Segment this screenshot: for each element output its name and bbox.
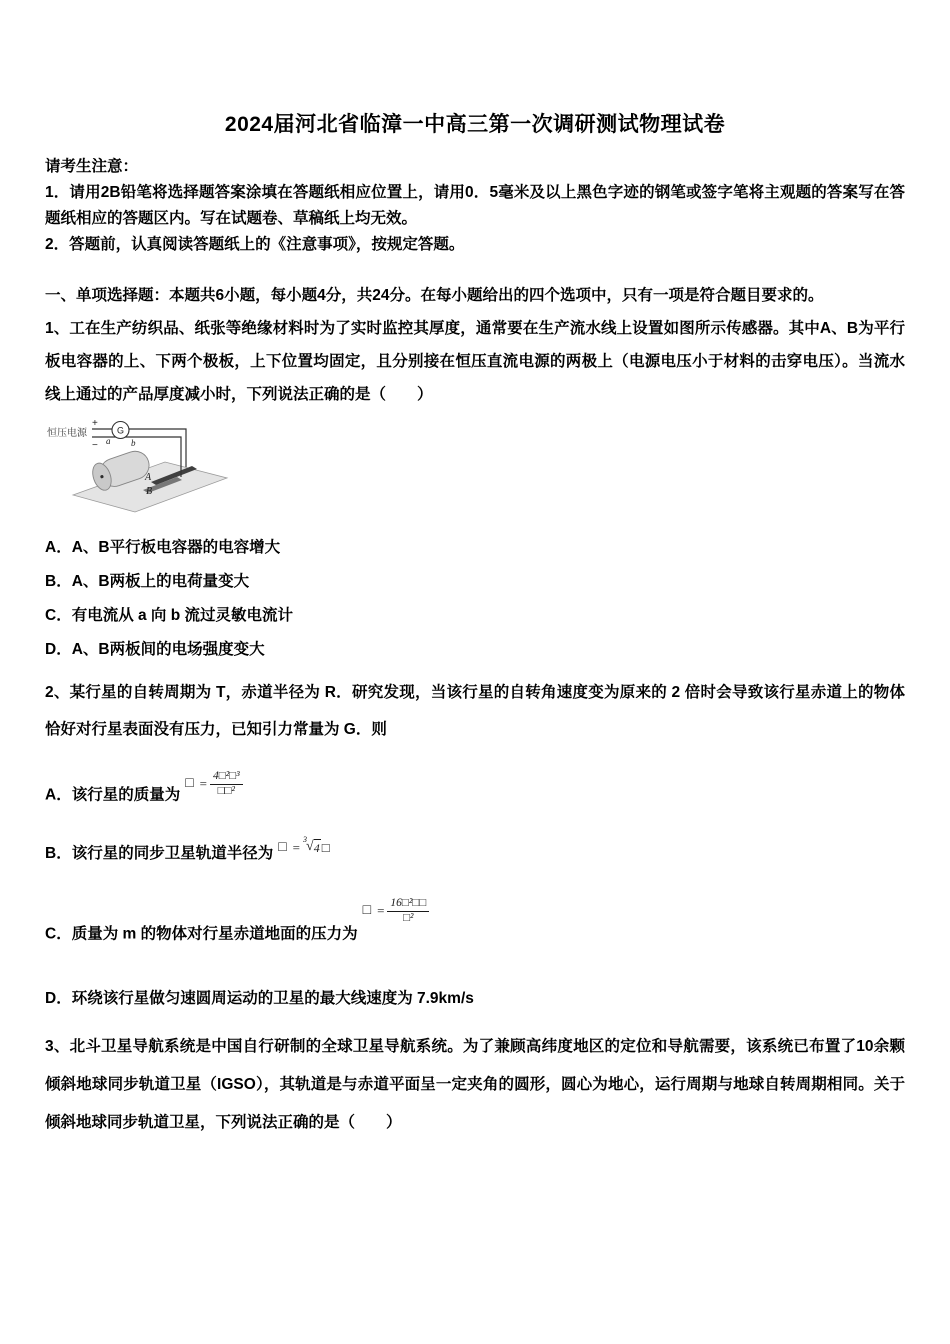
radical-index: 3: [303, 835, 307, 844]
plate-a-label: A: [144, 472, 152, 483]
radical-sign: √: [306, 839, 314, 855]
plate-b-label: B: [146, 486, 152, 497]
q2-option-a-label: A．该行星的质量为: [45, 786, 180, 803]
formula-c-fraction: 16□²□□□²: [387, 897, 429, 926]
formula-a-denominator: □□²: [218, 785, 235, 799]
minus-terminal: −: [92, 440, 98, 451]
q1-option-a: A．A、B平行板电容器的电容增大: [45, 538, 905, 558]
formula-b-suffix: □: [322, 840, 330, 856]
q2-option-c: C．质量为 m 的物体对行星赤道地面的压力为□=16□²□□□²: [45, 921, 905, 950]
formula-c-numerator: 16□²□□: [387, 897, 429, 912]
q2-option-a: A．该行星的质量为□=4□²□³□□²: [45, 782, 905, 811]
formula-a-equals: =: [200, 776, 207, 792]
formula-b-radical: 3√4: [303, 839, 321, 856]
plus-terminal: +: [92, 418, 98, 429]
question-1-options: A．A、B平行板电容器的电容增大 B．A、B两板上的电荷量变大 C．有电流从 a…: [45, 538, 905, 660]
q2-option-b-label: B．该行星的同步卫星轨道半径为: [45, 845, 273, 862]
formula-c-equals: =: [377, 903, 384, 919]
notice-item-2: 2．答题前，认真阅读答题纸上的《注意事项》，按规定答题。: [45, 232, 905, 258]
formula-a-fraction: 4□²□³□□²: [210, 770, 243, 799]
q2-formula-a: □=4□²□³□□²: [185, 770, 242, 799]
notice-heading: 请考生注意：: [45, 154, 905, 180]
q1-option-b: B．A、B两板上的电荷量变大: [45, 572, 905, 592]
exam-paper: 2024届河北省临漳一中高三第一次调研测试物理试卷 请考生注意： 1．请用2B铅…: [0, 108, 950, 1142]
q1-option-d: D．A、B两板间的电场强度变大: [45, 640, 905, 660]
q2-option-b: B．该行星的同步卫星轨道半径为□=3√4□: [45, 841, 905, 864]
terminal-b-label: b: [131, 438, 136, 448]
formula-b-lhs: □: [278, 840, 286, 856]
q2-formula-c: □=16□²□□□²: [363, 897, 430, 926]
power-source-label: 恒压电源: [47, 426, 88, 439]
capacitor-sensor-diagram: G 恒压电源 + − a b A B: [45, 417, 245, 517]
section-heading: 一、单项选择题：本题共6小题，每小题4分，共24分。在每小题给出的四个选项中，只…: [45, 282, 905, 310]
question-3-stem: 3、北斗卫星导航系统是中国自行研制的全球卫星导航系统。为了兼顾高纬度地区的定位和…: [45, 1028, 905, 1142]
q2-option-d: D．环绕该行星做匀速圆周运动的卫星的最大线速度为 7.9km/s: [45, 986, 905, 1008]
page-title: 2024届河北省临漳一中高三第一次调研测试物理试卷: [45, 108, 905, 138]
terminal-a-label: a: [106, 436, 111, 446]
q2-formula-b: □=3√4□: [278, 839, 329, 856]
q2-option-c-label: C．质量为 m 的物体对行星赤道地面的压力为: [45, 925, 358, 942]
galvanometer-label: G: [117, 426, 124, 436]
question-2-stem: 2、某行星的自转周期为 T，赤道半径为 R．研究发现，当该行星的自转角速度变为原…: [45, 674, 905, 748]
formula-c-lhs: □: [363, 903, 371, 919]
formula-a-numerator: 4□²□³: [210, 770, 243, 785]
notice-item-1: 1．请用2B铅笔将选择题答案涂填在答题纸相应位置上，请用0．5毫米及以上黑色字迹…: [45, 180, 905, 232]
formula-c-denominator: □²: [403, 912, 413, 926]
radicand: 4: [314, 839, 321, 856]
candidate-notice: 请考生注意： 1．请用2B铅笔将选择题答案涂填在答题纸相应位置上，请用0．5毫米…: [45, 154, 905, 258]
formula-a-lhs: □: [185, 776, 193, 792]
formula-b-equals: =: [293, 840, 300, 856]
q1-option-c: C．有电流从 a 向 b 流过灵敏电流计: [45, 606, 905, 626]
question-1-stem: 1、工在生产纺织品、纸张等绝缘材料时为了实时监控其厚度，通常要在生产流水线上设置…: [45, 312, 905, 411]
question-1-figure: G 恒压电源 + − a b A B: [45, 417, 905, 522]
